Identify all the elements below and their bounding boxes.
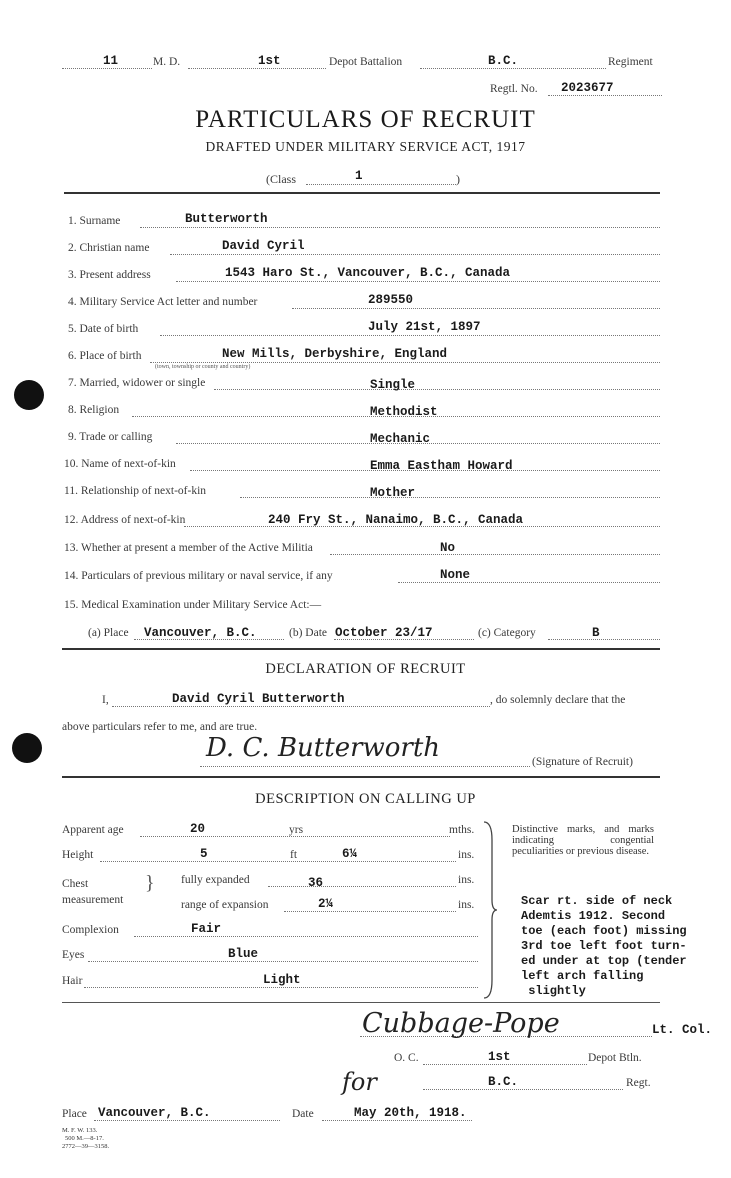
class-label-close: ) — [456, 172, 460, 187]
fully-expanded-label: fully expanded — [181, 874, 250, 886]
field-value-surname: Butterworth — [185, 212, 268, 226]
ins-label-fully: ins. — [458, 874, 474, 886]
officer-signature: Cubbage-Pope — [362, 1008, 560, 1039]
medical-date-label: (b) Date — [289, 627, 327, 639]
field-label-kin-address: 12. Address of next-of-kin — [64, 514, 185, 526]
ft-label: ft — [290, 849, 297, 861]
field-value-msa-number: 289550 — [368, 293, 413, 307]
recruit-signature: D. C. Butterworth — [206, 733, 440, 763]
complexion-value: Fair — [191, 922, 221, 936]
regiment-value: B.C. — [488, 54, 518, 68]
field-value-marital-status: Single — [370, 378, 415, 392]
field-value-kin-address: 240 Fry St., Nanaimo, B.C., Canada — [268, 513, 523, 527]
age-value: 20 — [190, 822, 205, 836]
field-value-religion: Methodist — [370, 405, 438, 419]
field-value-present-address: 1543 Haro St., Vancouver, B.C., Canada — [225, 266, 510, 280]
field-label-date-of-birth: 5. Date of birth — [68, 323, 138, 335]
ins-label-height: ins. — [458, 849, 474, 861]
medical-place-value: Vancouver, B.C. — [144, 626, 257, 640]
field-label-active-militia: 13. Whether at present a member of the A… — [64, 542, 313, 554]
field-label-place-of-birth: 6. Place of birth — [68, 350, 141, 362]
footer-date-value: May 20th, 1918. — [354, 1106, 467, 1120]
regtl-value: 2023677 — [561, 81, 614, 95]
field-label-kin-relationship: 11. Relationship of next-of-kin — [64, 485, 206, 497]
footer-place-label: Place — [62, 1108, 87, 1120]
measurement-label: measurement — [62, 894, 123, 906]
medical-date-value: October 23/17 — [335, 626, 433, 640]
field-label-surname: 1. Surname — [68, 215, 120, 227]
chest-label: Chest — [62, 878, 88, 890]
eyes-value: Blue — [228, 947, 258, 961]
field-label-christian-name: 2. Christian name — [68, 242, 149, 254]
height-ft-value: 5 — [200, 847, 208, 861]
field-value-next-of-kin: Emma Eastham Howard — [370, 459, 513, 473]
field-label-next-of-kin: 10. Name of next-of-kin — [64, 458, 176, 470]
field-label-previous-service: 14. Particulars of previous military or … — [64, 570, 333, 582]
field-value-date-of-birth: July 21st, 1897 — [368, 320, 481, 334]
md-label: M. D. — [153, 56, 180, 68]
oc-label: O. C. — [394, 1052, 419, 1064]
hair-label: Hair — [62, 975, 82, 987]
range-label: range of expansion — [181, 899, 269, 911]
field-label-present-address: 3. Present address — [68, 269, 151, 281]
medical-category-label: (c) Category — [478, 627, 536, 639]
field-label-religion: 8. Religion — [68, 404, 119, 416]
md-value: 11 — [103, 54, 118, 68]
field-value-active-militia: No — [440, 541, 455, 555]
divider — [62, 648, 660, 650]
class-value: 1 — [355, 169, 363, 183]
chest-brace: } — [145, 872, 155, 895]
footer-date-label: Date — [292, 1108, 314, 1120]
medical-place-label: (a) Place — [88, 627, 129, 639]
field-value-previous-service: None — [440, 568, 470, 582]
oc-value: 1st — [488, 1050, 511, 1064]
age-label: Apparent age — [62, 824, 124, 836]
field-label-msa-number: 4. Military Service Act letter and numbe… — [68, 296, 257, 308]
per-mark: for — [342, 1068, 377, 1096]
distinctive-marks-note: Distinctive marks, and marks indicating … — [512, 824, 654, 857]
declaration-heading: DECLARATION OF RECRUIT — [0, 661, 731, 678]
officer-rank: Lt. Col. — [652, 1023, 712, 1037]
page-subtitle: DRAFTED UNDER MILITARY SERVICE ACT, 1917 — [0, 139, 731, 155]
marks-brace — [482, 820, 498, 1000]
divider — [62, 1002, 660, 1003]
field-sublabel-place-of-birth: (town, township or county and country) — [155, 364, 250, 370]
footer-place-value: Vancouver, B.C. — [98, 1106, 211, 1120]
field-label-marital-status: 7. Married, widower or single — [68, 377, 205, 389]
field-label-trade: 9. Trade or calling — [68, 431, 152, 443]
hair-value: Light — [263, 973, 301, 987]
medical-category-value: B — [592, 626, 600, 640]
punch-hole-top — [14, 380, 44, 410]
height-label: Height — [62, 849, 93, 861]
declaration-prefix: I, — [102, 694, 109, 706]
class-label: (Class — [266, 172, 296, 187]
officer-regt-value: B.C. — [488, 1075, 518, 1089]
divider — [64, 192, 660, 194]
field-label-medical-exam: 15. Medical Examination under Military S… — [64, 599, 321, 611]
ins-label-range: ins. — [458, 899, 474, 911]
signature-label: (Signature of Recruit) — [532, 756, 633, 768]
height-in-value: 6¼ — [342, 847, 357, 861]
battalion-value: 1st — [258, 54, 281, 68]
declaration-name: David Cyril Butterworth — [172, 692, 345, 706]
yrs-label: yrs — [289, 824, 303, 836]
mths-label: mths. — [449, 824, 474, 836]
complexion-label: Complexion — [62, 924, 119, 936]
declaration-suffix: , do solemnly declare that the — [490, 694, 625, 706]
eyes-label: Eyes — [62, 949, 84, 961]
distinctive-marks-value: Scar rt. side of neck Ademtis 1912. Seco… — [521, 894, 687, 999]
divider — [62, 776, 660, 778]
range-value: 2¼ — [318, 897, 333, 911]
depot-btln-label: Depot Btln. — [588, 1052, 642, 1064]
page-title: PARTICULARS OF RECRUIT — [0, 106, 731, 134]
punch-hole-bottom — [12, 733, 42, 763]
battalion-label: Depot Battalion — [329, 56, 402, 68]
regiment-label: Regiment — [608, 56, 653, 68]
officer-regt-label: Regt. — [626, 1077, 651, 1089]
field-value-place-of-birth: New Mills, Derbyshire, England — [222, 347, 447, 361]
regtl-label: Regtl. No. — [490, 83, 538, 95]
field-value-trade: Mechanic — [370, 432, 430, 446]
field-value-christian-name: David Cyril — [222, 239, 305, 253]
description-heading: DESCRIPTION ON CALLING UP — [0, 791, 731, 808]
form-code: M. F. W. 133. 500 M.—8-17. 2772—39—3158. — [62, 1127, 109, 1151]
declaration-line2: above particulars refer to me, and are t… — [62, 721, 257, 733]
fully-expanded-value: 36 — [308, 876, 323, 890]
field-value-kin-relationship: Mother — [370, 486, 415, 500]
